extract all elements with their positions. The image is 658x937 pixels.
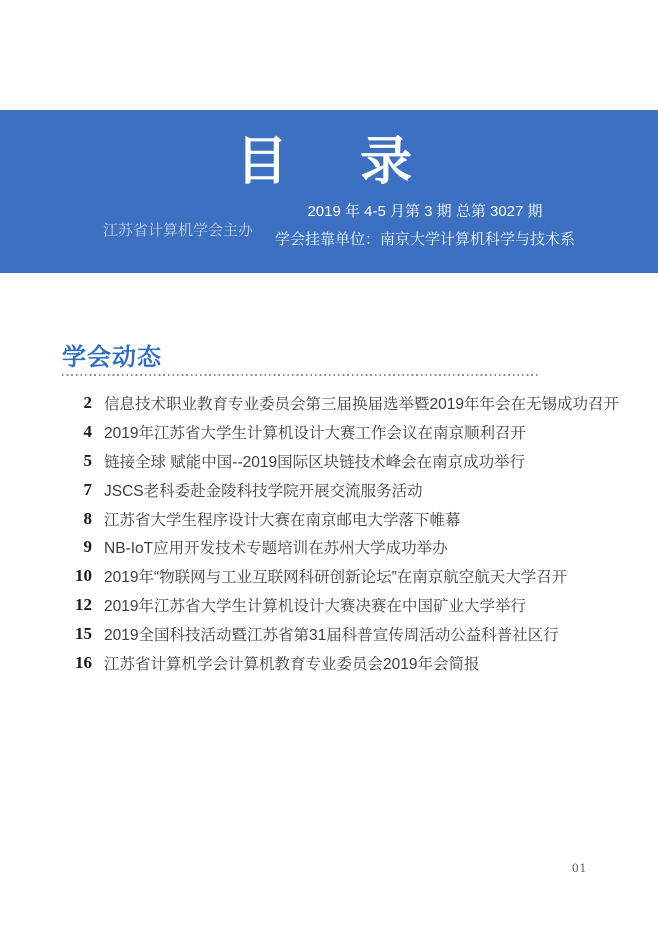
toc-entry-title[interactable]: 2019全国科技活动暨江苏省第31届科普宣传周活动公益科普社区行 [104,623,559,645]
masthead-banner: 目 录 2019 年 4-5 月第 3 期 总第 3027 期 学会挂靠单位：南… [0,110,658,273]
toc-list: 2 信息技术职业教育专业委员会第三届换届选举暨2019年年会在无锡成功召开 4 … [62,389,602,677]
section-divider [62,374,538,376]
toc-entry[interactable]: 12 2019年江苏省大学生计算机设计大赛决赛在中国矿业大学举行 [62,591,602,620]
toc-entry[interactable]: 10 2019年“物联网与工业互联网科研创新论坛”在南京航空航天大学召开 [62,562,602,591]
section-title: 学会动态 [62,337,162,372]
toc-entry-title[interactable]: 信息技术职业教育专业委员会第三届换届选举暨2019年年会在无锡成功召开 [104,392,619,414]
toc-entry-page-number: 10 [62,566,92,586]
toc-heading: 目 录 [0,136,658,188]
toc-entry[interactable]: 5 链接全球 赋能中国--2019国际区块链技术峰会在南京成功举行 [62,447,602,476]
toc-entry-title[interactable]: 链接全球 赋能中国--2019国际区块链技术峰会在南京成功举行 [104,450,525,472]
toc-entry-page-number: 2 [62,393,92,413]
publisher-info: 江苏省计算机学会主办 [103,219,253,240]
toc-entry[interactable]: 7 JSCS老科委赴金陵科技学院开展交流服务活动 [62,475,602,504]
toc-entry-page-number: 12 [62,595,92,615]
toc-entry-page-number: 7 [62,480,92,500]
toc-entry-page-number: 5 [62,451,92,471]
toc-entry-title[interactable]: JSCS老科委赴金陵科技学院开展交流服务活动 [104,479,423,501]
toc-entry[interactable]: 4 2019年江苏省大学生计算机设计大赛工作会议在南京顺利召开 [62,418,602,447]
toc-entry[interactable]: 16 江苏省计算机学会计算机教育专业委员会2019年会简报 [62,648,602,677]
toc-entry[interactable]: 15 2019全国科技活动暨江苏省第31届科普宣传周活动公益科普社区行 [62,619,602,648]
toc-entry-title[interactable]: 2019年江苏省大学生计算机设计大赛决赛在中国矿业大学举行 [104,594,526,616]
toc-entry-page-number: 16 [62,653,92,673]
toc-entry-page-number: 8 [62,509,92,529]
toc-entry-page-number: 4 [62,422,92,442]
toc-entry[interactable]: 2 信息技术职业教育专业委员会第三届换届选举暨2019年年会在无锡成功召开 [62,389,602,418]
toc-entry[interactable]: 9 NB-IoT应用开发技术专题培训在苏州大学成功举办 [62,533,602,562]
issue-info: 2019 年 4-5 月第 3 期 总第 3027 期 [255,200,595,221]
toc-entry-title[interactable]: NB-IoT应用开发技术专题培训在苏州大学成功举办 [104,536,448,558]
toc-entry-title[interactable]: 2019年“物联网与工业互联网科研创新论坛”在南京航空航天大学召开 [104,565,567,587]
toc-entry[interactable]: 8 江苏省大学生程序设计大赛在南京邮电大学落下帷幕 [62,504,602,533]
toc-entry-title[interactable]: 江苏省大学生程序设计大赛在南京邮电大学落下帷幕 [104,508,461,530]
toc-entry-page-number: 9 [62,537,92,557]
toc-entry-title[interactable]: 江苏省计算机学会计算机教育专业委员会2019年会简报 [104,652,479,674]
toc-entry-title[interactable]: 2019年江苏省大学生计算机设计大赛工作会议在南京顺利召开 [104,421,526,443]
affiliation-info: 学会挂靠单位：南京大学计算机科学与技术系 [235,228,615,249]
toc-entry-page-number: 15 [62,624,92,644]
page-number: 01 [572,860,587,876]
